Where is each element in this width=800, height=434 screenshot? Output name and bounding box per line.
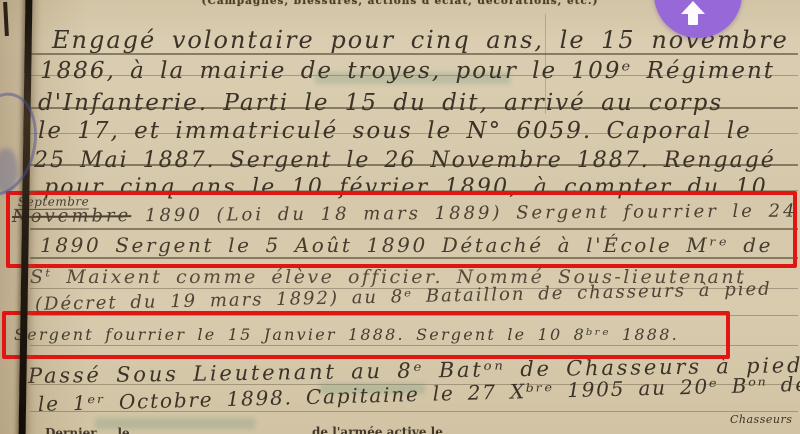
- highlight-box-2: [2, 311, 730, 359]
- record-line: 25 Mai 1887. Sergent le 26 Novembre 1887…: [34, 148, 776, 173]
- register-page: (Campagnes, blessures, actions d'éclat, …: [0, 0, 800, 434]
- record-line-continuation: Chasseurs: [730, 413, 792, 426]
- record-line: le 17, et immatriculé sous le N° 6059. C…: [38, 118, 752, 144]
- printed-footer-left: Dernier ... le: [45, 426, 130, 434]
- record-line: 1886, à la mairie de troyes, pour le 109…: [40, 58, 775, 84]
- printed-column-header: (Campagnes, blessures, actions d'éclat, …: [150, 0, 650, 7]
- highlight-box-1: [6, 191, 797, 268]
- record-line: d'Infanterie. Parti le 15 du dit, arrivé…: [38, 90, 723, 116]
- up-arrow-icon-stem: [688, 13, 698, 25]
- printed-footer-center: de l'armée active le: [312, 425, 443, 434]
